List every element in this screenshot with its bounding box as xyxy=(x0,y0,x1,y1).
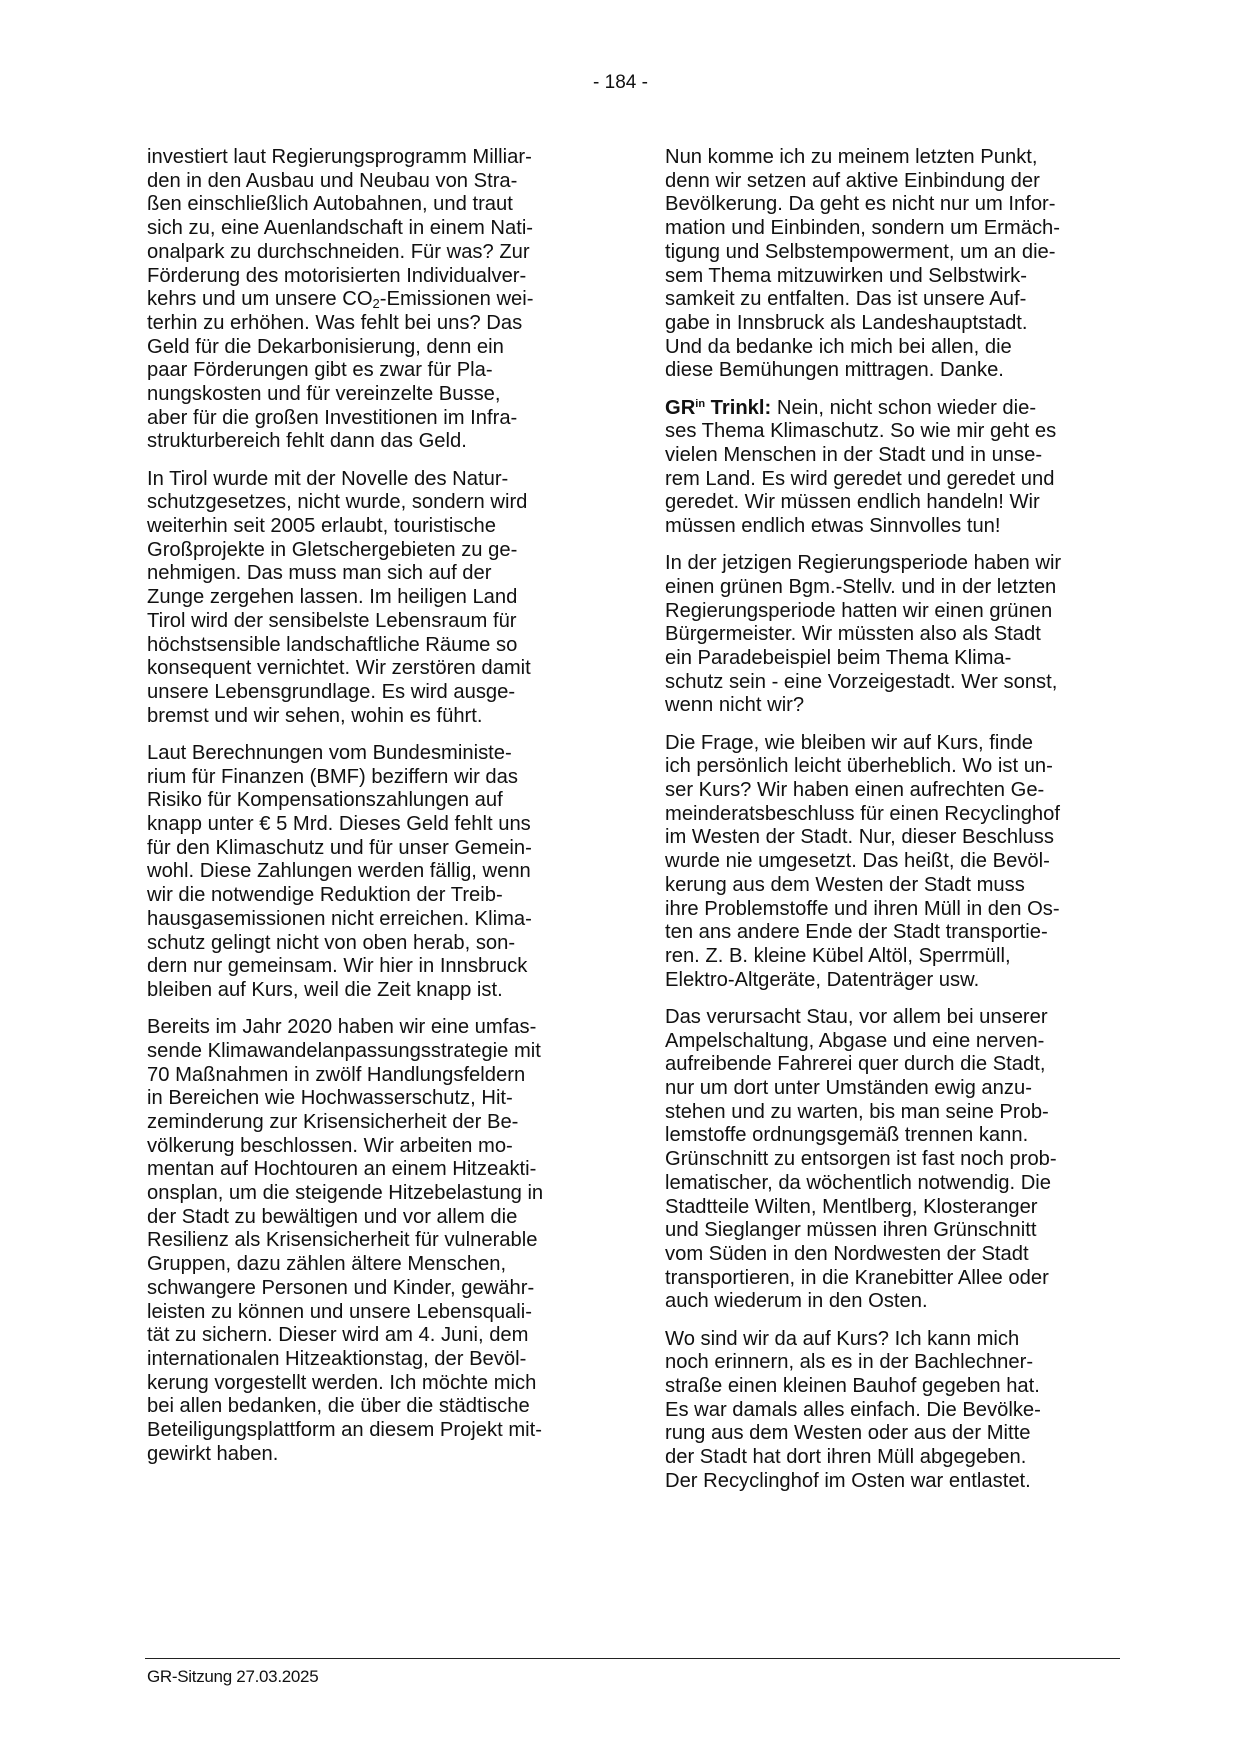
text-line: ihre Problemstoffe und ihren Müll in den… xyxy=(665,898,1135,922)
text-line: 70 Maßnahmen in zwölf Handlungsfeldern xyxy=(147,1064,617,1088)
text-line: rem Land. Es wird geredet und geredet un… xyxy=(665,468,1135,492)
text-line: konsequent vernichtet. Wir zerstören dam… xyxy=(147,657,617,681)
text-line: und Sieglanger müssen ihren Grünschnitt xyxy=(665,1219,1135,1243)
text-line: Bereits im Jahr 2020 haben wir eine umfa… xyxy=(147,1016,617,1040)
text-line: hausgasemissionen nicht erreichen. Klima… xyxy=(147,908,617,932)
text-line: völkerung beschlossen. Wir arbeiten mo- xyxy=(147,1135,617,1159)
text-line: wir die notwendige Reduktion der Treib- xyxy=(147,884,617,908)
text-line: lemstoffe ordnungsgemäß trennen kann. xyxy=(665,1124,1135,1148)
text-line: samkeit zu entfalten. Das ist unsere Auf… xyxy=(665,288,1135,312)
text-line: mentan auf Hochtouren an einem Hitzeakti… xyxy=(147,1158,617,1182)
text-line: Gruppen, dazu zählen ältere Menschen, xyxy=(147,1253,617,1277)
text-line: ich persönlich leicht überheblich. Wo is… xyxy=(665,755,1135,779)
text-line: nur um dort unter Umständen ewig anzu- xyxy=(665,1077,1135,1101)
text-line: ein Paradebeispiel beim Thema Klima- xyxy=(665,647,1135,671)
text-line: ses Thema Klimaschutz. So wie mir geht e… xyxy=(665,420,1135,444)
text-line: Es war damals alles einfach. Die Bevölke… xyxy=(665,1399,1135,1423)
text-line: sich zu, eine Auenlandschaft in einem Na… xyxy=(147,217,617,241)
text-line: lematischer, da wöchentlich notwendig. D… xyxy=(665,1172,1135,1196)
paragraph: investiert laut Regierungsprogramm Milli… xyxy=(147,146,617,454)
text-line: tät zu sichern. Dieser wird am 4. Juni, … xyxy=(147,1324,617,1348)
text-line: Die Frage, wie bleiben wir auf Kurs, fin… xyxy=(665,732,1135,756)
paragraph: Laut Berechnungen vom Bundesministe-rium… xyxy=(147,742,617,1003)
left-column: investiert laut Regierungsprogramm Milli… xyxy=(147,146,617,1480)
text-line: onalpark zu durchschneiden. Für was? Zur xyxy=(147,241,617,265)
text-line: straße einen kleinen Bauhof gegeben hat. xyxy=(665,1375,1135,1399)
text-line: Stadtteile Wilten, Mentlberg, Klosterang… xyxy=(665,1196,1135,1220)
text-line: schwangere Personen und Kinder, gewähr- xyxy=(147,1277,617,1301)
paragraph: Das verursacht Stau, vor allem bei unser… xyxy=(665,1006,1135,1314)
paragraph: Die Frage, wie bleiben wir auf Kurs, fin… xyxy=(665,732,1135,993)
text-line: nehmigen. Das muss man sich auf der xyxy=(147,562,617,586)
text-line: Zunge zergehen lassen. Im heiligen Land xyxy=(147,586,617,610)
text-line: unsere Lebensgrundlage. Es wird ausge- xyxy=(147,681,617,705)
text-line: den in den Ausbau und Neubau von Stra- xyxy=(147,170,617,194)
text-line: onsplan, um die steigende Hitzebelastung… xyxy=(147,1182,617,1206)
text-line: transportieren, in die Kranebitter Allee… xyxy=(665,1267,1135,1291)
text-line: zeminderung zur Krisensicherheit der Be- xyxy=(147,1111,617,1135)
text-line: geredet. Wir müssen endlich handeln! Wir xyxy=(665,491,1135,515)
text-line: Großprojekte in Gletschergebieten zu ge- xyxy=(147,539,617,563)
footer-session-date: GR-Sitzung 27.03.2025 xyxy=(147,1667,318,1687)
text-line: dern nur gemeinsam. Wir hier in Innsbruc… xyxy=(147,955,617,979)
text-line: für den Klimaschutz und für unser Gemein… xyxy=(147,837,617,861)
text-line: sem Thema mitzuwirken und Selbstwirk- xyxy=(665,265,1135,289)
text-line: in Bereichen wie Hochwasserschutz, Hit- xyxy=(147,1087,617,1111)
text-line: mation und Einbinden, sondern um Ermäch- xyxy=(665,217,1135,241)
text-line: bleiben auf Kurs, weil die Zeit knapp is… xyxy=(147,979,617,1003)
text-line: höchstsensible landschaftliche Räume so xyxy=(147,634,617,658)
text-line: bei allen bedanken, die über die städtis… xyxy=(147,1395,617,1419)
text-line: Regierungsperiode hatten wir einen grüne… xyxy=(665,600,1135,624)
page-number: - 184 - xyxy=(0,72,1241,94)
text-line: aber für die großen Investitionen im Inf… xyxy=(147,407,617,431)
text-line: einen grünen Bgm.-Stellv. und in der let… xyxy=(665,576,1135,600)
text-line: Wo sind wir da auf Kurs? Ich kann mich xyxy=(665,1328,1135,1352)
paragraph: In der jetzigen Regierungsperiode haben … xyxy=(665,552,1135,718)
text-line: der Stadt hat dort ihren Müll abgegeben. xyxy=(665,1446,1135,1470)
text-line: wohl. Diese Zahlungen werden fällig, wen… xyxy=(147,860,617,884)
text-line: vielen Menschen in der Stadt und in unse… xyxy=(665,444,1135,468)
text-line: rung aus dem Westen oder aus der Mitte xyxy=(665,1422,1135,1446)
text-line: gabe in Innsbruck als Landeshauptstadt. xyxy=(665,312,1135,336)
paragraph: Nun komme ich zu meinem letzten Punkt,de… xyxy=(665,146,1135,383)
text-line: Elektro-Altgeräte, Datenträger usw. xyxy=(665,969,1135,993)
text-line: paar Förderungen gibt es zwar für Pla- xyxy=(147,359,617,383)
text-line: ren. Z. B. kleine Kübel Altöl, Sperrmüll… xyxy=(665,945,1135,969)
text-line: schutzgesetzes, nicht wurde, sondern wir… xyxy=(147,491,617,515)
text-line: vom Süden in den Nordwesten der Stadt xyxy=(665,1243,1135,1267)
text-line: gewirkt haben. xyxy=(147,1443,617,1467)
text-line: diese Bemühungen mittragen. Danke. xyxy=(665,359,1135,383)
text-line: Laut Berechnungen vom Bundesministe- xyxy=(147,742,617,766)
text-line: wenn nicht wir? xyxy=(665,694,1135,718)
text-line: Tirol wird der sensibelste Lebensraum fü… xyxy=(147,610,617,634)
paragraph: Wo sind wir da auf Kurs? Ich kann michno… xyxy=(665,1328,1135,1494)
text-line: kerung vorgestellt werden. Ich möchte mi… xyxy=(147,1372,617,1396)
text-line: knapp unter € 5 Mrd. Dieses Geld fehlt u… xyxy=(147,813,617,837)
text-line: Der Recyclinghof im Osten war entlastet. xyxy=(665,1470,1135,1494)
text-line: strukturbereich fehlt dann das Geld. xyxy=(147,430,617,454)
text-line: im Westen der Stadt. Nur, dieser Beschlu… xyxy=(665,826,1135,850)
text-line: meinderatsbeschluss für einen Recyclingh… xyxy=(665,803,1135,827)
text-line: wurde nie umgesetzt. Das heißt, die Bevö… xyxy=(665,850,1135,874)
paragraph: Bereits im Jahr 2020 haben wir eine umfa… xyxy=(147,1016,617,1466)
text-line: Beteiligungsplattform an diesem Projekt … xyxy=(147,1419,617,1443)
text-line: rium für Finanzen (BMF) beziffern wir da… xyxy=(147,766,617,790)
text-line: Grünschnitt zu entsorgen ist fast noch p… xyxy=(665,1148,1135,1172)
speaker-label: GRin Trinkl: xyxy=(665,397,771,419)
right-column: Nun komme ich zu meinem letzten Punkt,de… xyxy=(665,146,1135,1507)
text-line: aufreibende Fahrerei quer durch die Stad… xyxy=(665,1053,1135,1077)
text-line: schutz sein - eine Vorzeigestadt. Wer so… xyxy=(665,671,1135,695)
text-line: internationalen Hitzeaktionstag, der Bev… xyxy=(147,1348,617,1372)
text-line: Nun komme ich zu meinem letzten Punkt, xyxy=(665,146,1135,170)
text-line: Ampelschaltung, Abgase und eine nerven- xyxy=(665,1030,1135,1054)
text-line: sende Klimawandelanpassungsstrategie mit xyxy=(147,1040,617,1064)
text-line: denn wir setzen auf aktive Einbindung de… xyxy=(665,170,1135,194)
footer-divider xyxy=(145,1658,1120,1659)
text-line: Förderung des motorisierten Individualve… xyxy=(147,265,617,289)
text-line: In der jetzigen Regierungsperiode haben … xyxy=(665,552,1135,576)
text-line: In Tirol wurde mit der Novelle des Natur… xyxy=(147,468,617,492)
text-line: kehrs und um unsere CO2-Emissionen wei- xyxy=(147,288,617,312)
text-line: nungskosten und für vereinzelte Busse, xyxy=(147,383,617,407)
text-line: auch wiederum in den Osten. xyxy=(665,1290,1135,1314)
text-line: stehen und zu warten, bis man seine Prob… xyxy=(665,1101,1135,1125)
text-line: Risiko für Kompensationszahlungen auf xyxy=(147,789,617,813)
paragraph: GRin Trinkl: Nein, nicht schon wieder di… xyxy=(665,397,1135,539)
text-line: ßen einschließlich Autobahnen, und traut xyxy=(147,193,617,217)
text-line: Geld für die Dekarbonisierung, denn ein xyxy=(147,336,617,360)
text-line: schutz gelingt nicht von oben herab, son… xyxy=(147,932,617,956)
text-line: leisten zu können und unsere Lebensquali… xyxy=(147,1301,617,1325)
text-line: der Stadt zu bewältigen und vor allem di… xyxy=(147,1206,617,1230)
text-line: investiert laut Regierungsprogramm Milli… xyxy=(147,146,617,170)
text-line: Das verursacht Stau, vor allem bei unser… xyxy=(665,1006,1135,1030)
text-line: Und da bedanke ich mich bei allen, die xyxy=(665,336,1135,360)
text-line: Resilienz als Krisensicherheit für vulne… xyxy=(147,1229,617,1253)
text-line: Bürgermeister. Wir müssten also als Stad… xyxy=(665,623,1135,647)
text-line: Bevölkerung. Da geht es nicht nur um Inf… xyxy=(665,193,1135,217)
text-line: terhin zu erhöhen. Was fehlt bei uns? Da… xyxy=(147,312,617,336)
text-line: müssen endlich etwas Sinnvolles tun! xyxy=(665,515,1135,539)
text-line: ten ans andere Ende der Stadt transporti… xyxy=(665,921,1135,945)
text-line: bremst und wir sehen, wohin es führt. xyxy=(147,705,617,729)
paragraph: In Tirol wurde mit der Novelle des Natur… xyxy=(147,468,617,729)
text-line: noch erinnern, als es in der Bachlechner… xyxy=(665,1351,1135,1375)
text-line: GRin Trinkl: Nein, nicht schon wieder di… xyxy=(665,397,1135,421)
text-line: tigung und Selbstempowerment, um an die- xyxy=(665,241,1135,265)
text-line: ser Kurs? Wir haben einen aufrechten Ge- xyxy=(665,779,1135,803)
text-line: weiterhin seit 2005 erlaubt, touristisch… xyxy=(147,515,617,539)
text-line: kerung aus dem Westen der Stadt muss xyxy=(665,874,1135,898)
